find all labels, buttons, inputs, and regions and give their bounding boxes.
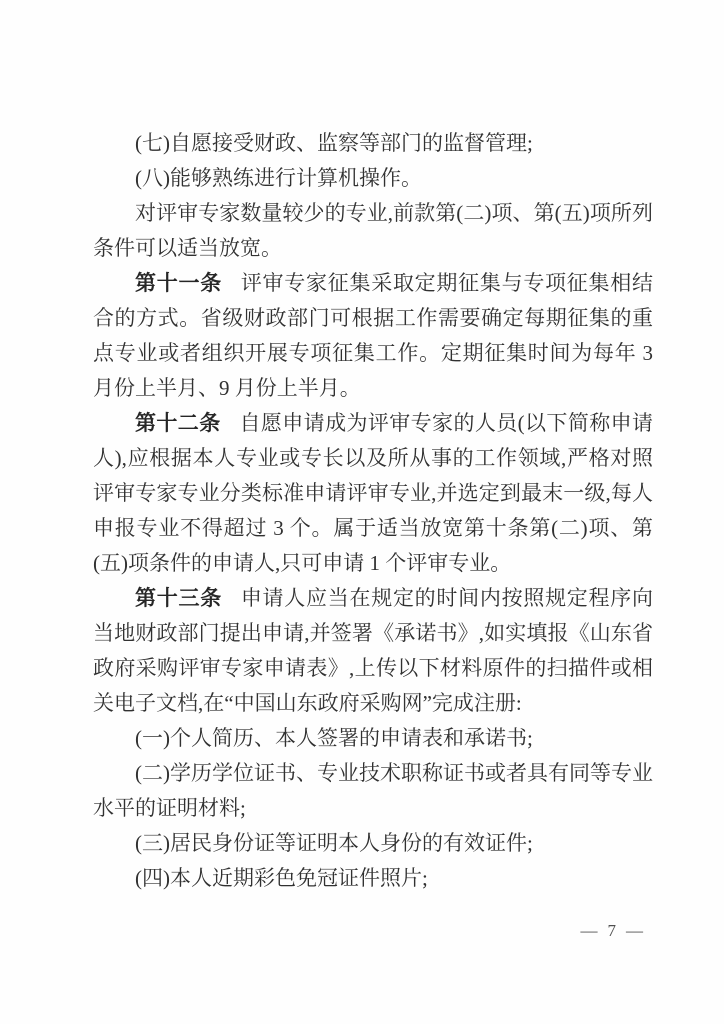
paragraph: (三)居民身份证等证明本人身份的有效证件;: [93, 826, 653, 861]
paragraph: 第十一条评审专家征集采取定期征集与专项征集相结合的方式。省级财政部门可根据工作需…: [93, 266, 653, 406]
article-number: 第十一条: [135, 271, 222, 295]
paragraph: (一)个人简历、本人签署的申请表和承诺书;: [93, 721, 653, 756]
paragraph: (八)能够熟练进行计算机操作。: [93, 161, 653, 196]
paragraph-text: (八)能够熟练进行计算机操作。: [135, 166, 422, 190]
footer-dash-right: —: [626, 921, 644, 940]
paragraph: 第十三条申请人应当在规定的时间内按照规定程序向当地财政部门提出申请,并签署《承诺…: [93, 581, 653, 721]
paragraph-text: (四)本人近期彩色免冠证件照片;: [135, 866, 428, 890]
paragraph: 对评审专家数量较少的专业,前款第(二)项、第(五)项所列条件可以适当放宽。: [93, 196, 653, 266]
document-page: (七)自愿接受财政、监察等部门的监督管理;(八)能够熟练进行计算机操作。对评审专…: [0, 0, 724, 1024]
article-number: 第十二条: [135, 411, 221, 435]
paragraph-text: (二)学历学位证书、专业技术职称证书或者具有同等专业水平的证明材料;: [93, 761, 653, 820]
page-footer: —7—: [581, 921, 645, 941]
paragraph-text: 自愿申请成为评审专家的人员(以下简称申请人),应根据本人专业或专长以及所从事的工…: [93, 411, 653, 575]
paragraph-text: (七)自愿接受财政、监察等部门的监督管理;: [135, 131, 533, 155]
paragraph: (七)自愿接受财政、监察等部门的监督管理;: [93, 126, 653, 161]
paragraph-text: (一)个人简历、本人签署的申请表和承诺书;: [135, 726, 533, 750]
article-number: 第十三条: [135, 586, 222, 610]
document-body: (七)自愿接受财政、监察等部门的监督管理;(八)能够熟练进行计算机操作。对评审专…: [93, 126, 653, 896]
paragraph: (二)学历学位证书、专业技术职称证书或者具有同等专业水平的证明材料;: [93, 756, 653, 826]
paragraph-text: (三)居民身份证等证明本人身份的有效证件;: [135, 831, 533, 855]
page-number: 7: [608, 921, 618, 940]
paragraph: (四)本人近期彩色免冠证件照片;: [93, 861, 653, 896]
paragraph-text: 对评审专家数量较少的专业,前款第(二)项、第(五)项所列条件可以适当放宽。: [93, 201, 653, 260]
footer-dash-left: —: [581, 921, 599, 940]
paragraph: 第十二条自愿申请成为评审专家的人员(以下简称申请人),应根据本人专业或专长以及所…: [93, 406, 653, 581]
